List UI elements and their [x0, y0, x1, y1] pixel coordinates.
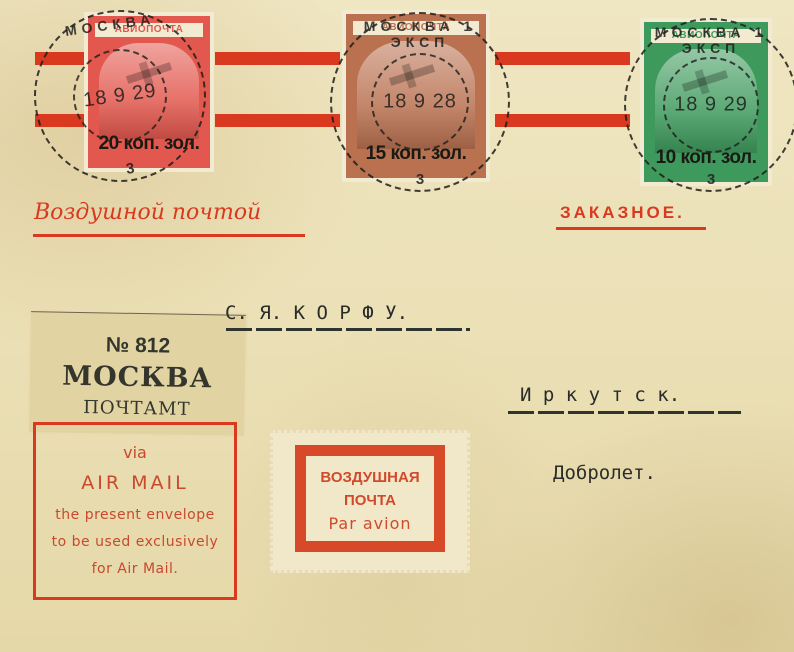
notice-line: via [36, 443, 234, 462]
par-avion-line: ПОЧТА [306, 492, 434, 509]
notice-line: to be used exclusively [36, 534, 234, 550]
postmark: МОСКВА 1 ЭКСП 18 9 28 3 [330, 12, 510, 192]
airmail-envelope: АВИОПОЧТА 20 коп. зол. АВИОПОЧТА 15 коп.… [0, 0, 794, 652]
postmark-arc-text: МОСКВА 1 ЭКСП [626, 24, 794, 56]
postmark-suffix: 3 [46, 149, 215, 189]
heading-underline [33, 234, 305, 237]
postmark-suffix: 3 [332, 171, 508, 188]
par-avion-line: Par avion [306, 514, 434, 533]
par-avion-line: ВОЗДУШНАЯ [306, 469, 434, 486]
registration-number: № 812 [30, 332, 245, 360]
airmail-stripe [215, 52, 340, 65]
par-avion-label: ВОЗДУШНАЯ ПОЧТА Par avion [270, 430, 470, 573]
postmark: МОСКВА 1 ЭКСП 18 9 29 3 [624, 18, 794, 192]
postmark-date: 18 9 29 [626, 94, 794, 117]
airmail-stripe [495, 52, 630, 65]
notice-line: the present envelope [36, 507, 234, 523]
registered-heading: ЗАКАЗНОЕ. [560, 203, 685, 223]
par-avion-frame: ВОЗДУШНАЯ ПОЧТА Par avion [295, 445, 445, 552]
notice-title: AIR MAIL [36, 472, 234, 494]
postmark-arc-text: МОСКВА 1 ЭКСП [332, 18, 508, 50]
carrier-note: Добролет. [553, 462, 656, 484]
airmail-stripe [495, 114, 630, 127]
registration-city: МОСКВА [30, 360, 246, 395]
air-mail-notice-box: via AIR MAIL the present envelope to be … [33, 422, 237, 600]
notice-line: for Air Mail. [36, 561, 234, 577]
postmark-date: 18 9 28 [332, 91, 508, 114]
registered-underline [556, 227, 706, 230]
recipient-underline [226, 328, 470, 331]
postmark-suffix: 3 [626, 171, 794, 188]
registration-office: ПОЧТАМТ [29, 396, 244, 421]
postmark-arc-text: МОСКВА [26, 5, 195, 44]
destination-city: И р к у т с к. [520, 384, 680, 406]
airmail-stripe [215, 114, 340, 127]
registration-label: № 812 МОСКВА ПОЧТАМТ [29, 311, 246, 436]
air-mail-script-heading: Воздушной почтой [34, 200, 261, 225]
destination-underline [508, 411, 741, 414]
recipient-name: С. Я. К О Р Ф У. [225, 302, 408, 324]
